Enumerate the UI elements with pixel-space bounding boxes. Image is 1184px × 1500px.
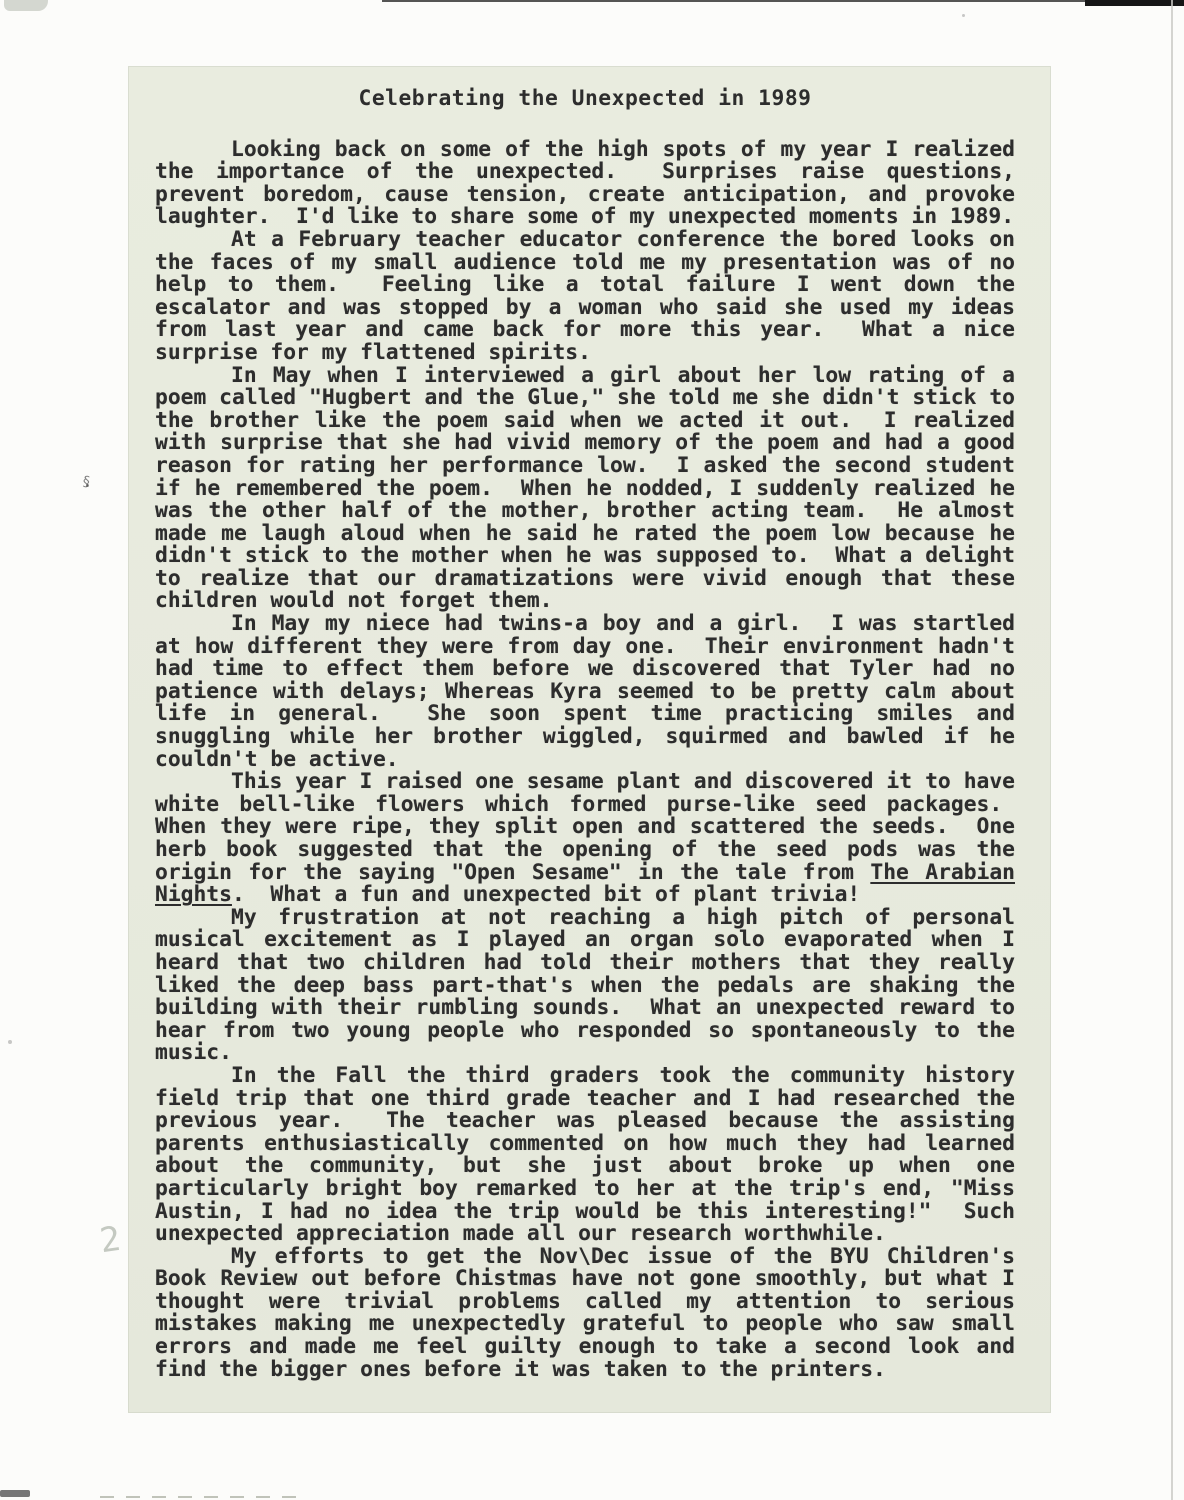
paragraph: My frustration at not reaching a high pi… [155,907,1015,1065]
paragraph: In the Fall the third graders took the c… [155,1065,1015,1246]
scan-artifact-bottom-mark [0,1490,30,1497]
ink-speck [86,484,89,487]
scan-background: 2 § Celebrating the Unexpected in 1989 L… [0,0,1184,1500]
document-title: Celebrating the Unexpected in 1989 [155,88,1015,111]
margin-ghost-numeral: 2 [97,1219,123,1261]
scan-artifact-corner-blob [4,0,48,11]
margin-ink-squiggle: § [81,473,92,490]
scan-artifact-top-block [1085,0,1184,6]
ink-speck [8,1040,12,1044]
document-content: Celebrating the Unexpected in 1989 Looki… [155,88,1015,1381]
paragraph: At a February teacher educator conferenc… [155,229,1015,365]
document-page: Celebrating the Unexpected in 1989 Looki… [128,66,1051,1413]
paragraph: In May my niece had twins-a boy and a gi… [155,613,1015,771]
document-body: Looking back on some of the high spots o… [155,139,1015,1382]
scan-artifact-bottom-dashes [100,1496,300,1498]
scan-artifact-top-line [382,0,1184,2]
ink-speck [962,14,965,17]
paragraph: My efforts to get the Nov\Dec issue of t… [155,1246,1015,1382]
paragraph: In May when I interviewed a girl about h… [155,365,1015,614]
paragraph: This year I raised one sesame plant and … [155,771,1015,907]
underlined-book-title: The Arabian Nights [155,860,1015,908]
paragraph: Looking back on some of the high spots o… [155,139,1015,229]
scan-artifact-vertical-line [1171,0,1173,1500]
